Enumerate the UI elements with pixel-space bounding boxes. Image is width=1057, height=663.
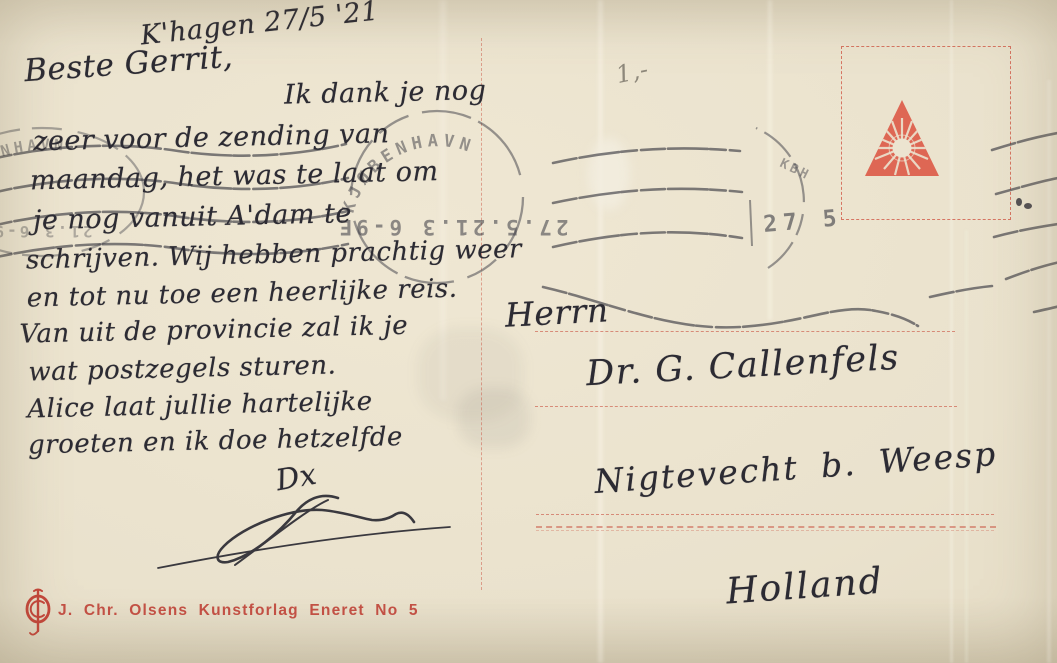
paper-crease	[768, 0, 772, 320]
address-rule-line	[535, 406, 957, 407]
ink-blot	[1016, 198, 1032, 209]
message-closing: Dx	[273, 457, 319, 498]
postmark-right-date: 27 5	[762, 205, 843, 238]
cancel-wave	[553, 189, 742, 203]
message-line: groeten en ik doe hetzelfde	[28, 422, 403, 460]
message-line: Alice laat jullie hartelijke	[27, 387, 373, 425]
paper-scuff	[588, 138, 630, 210]
address-country: Holland	[725, 561, 885, 613]
address-rule-line	[536, 530, 994, 531]
message-line: wat postzegels sturen.	[28, 350, 337, 387]
paper-crease	[1047, 80, 1051, 663]
cancel-wave	[930, 286, 992, 297]
message-line: je nog vanuit A'dam te	[33, 198, 353, 236]
message-body: Ik dank je nog zeer voor de zending van …	[0, 0, 532, 520]
message-line: Ik dank je nog	[284, 75, 487, 111]
publisher-imprint: J. Chr. Olsens Kunstforlag Eneret No 5	[58, 602, 419, 620]
cancel-wave	[994, 224, 1057, 237]
postcard: KJØBENHAVN 21.3 6-9 KJØBENHAVN 27.5.21.3…	[0, 0, 1057, 663]
cancel-wave	[1006, 262, 1057, 279]
cancel-wave	[553, 148, 740, 163]
message-line: en tot nu toe een heerlijke reis.	[26, 274, 457, 314]
publisher-monogram-icon	[20, 587, 56, 639]
pencil-price-note: 1,-	[613, 55, 651, 89]
message-line: schrijven. Wij hebben prachtig weer	[26, 234, 523, 275]
message-line: maandag, het was te laat om	[30, 156, 439, 196]
cancel-wave	[1034, 306, 1057, 312]
address-rule-line	[536, 514, 994, 515]
message-line: zeer voor de zending van	[33, 118, 390, 157]
message-line: Van uit de provincie zal ik je	[19, 311, 408, 350]
address-rule-line	[536, 526, 996, 528]
stamp-box	[841, 46, 1011, 220]
address-name: Dr. G. Callenfels	[585, 338, 900, 394]
postmark-right-town: KBH	[777, 156, 813, 184]
address-rule-line	[535, 331, 955, 332]
address-place: Nigtevecht b. Weesp	[593, 434, 998, 501]
address-recipient: Herrn	[504, 290, 610, 334]
cancel-wave	[553, 232, 742, 247]
postmark-right: 27 5 KBH	[750, 128, 844, 268]
